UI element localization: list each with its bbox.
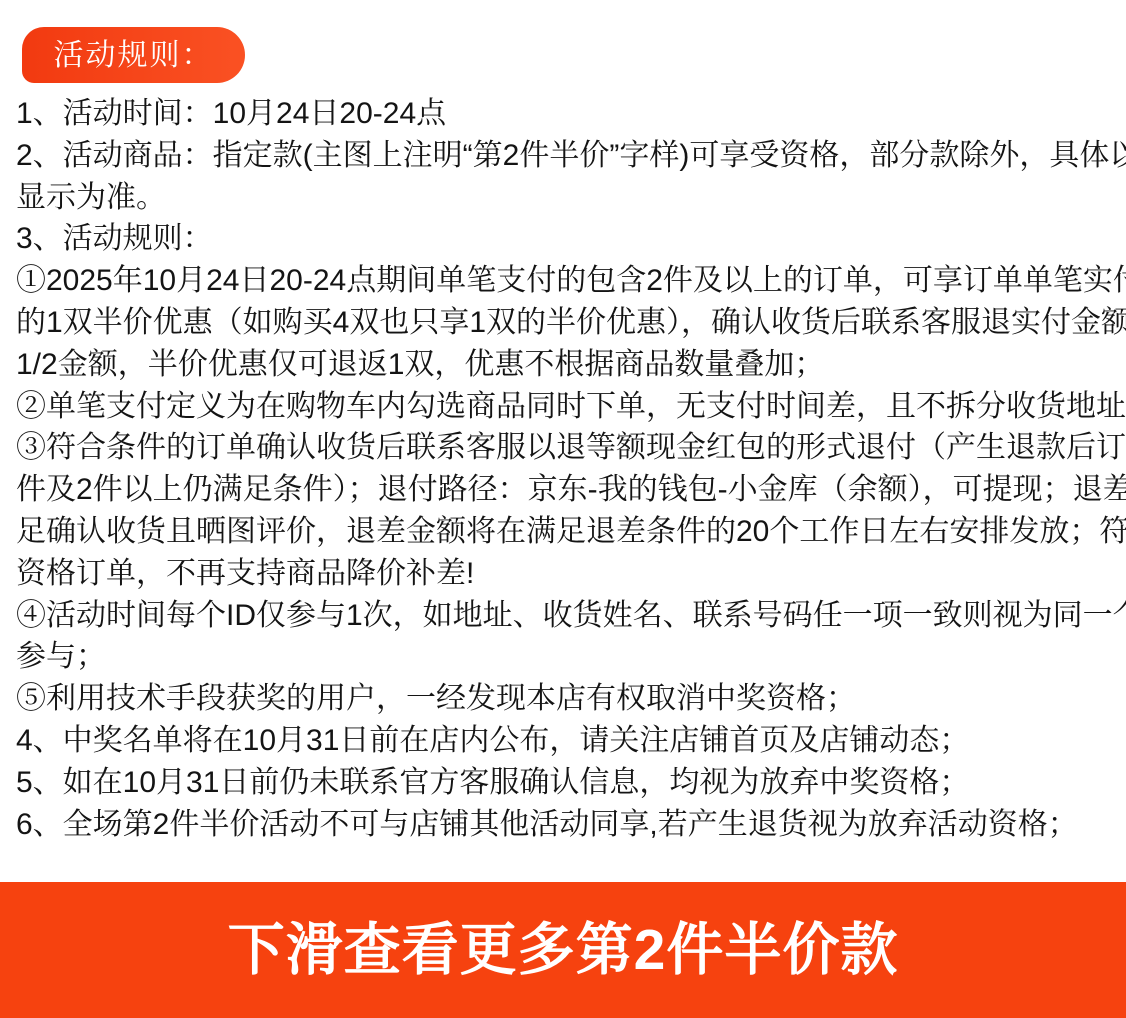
rules-badge: 活动规则：: [22, 27, 245, 83]
rule-line: 2、活动商品：指定款(主图上注明“第2件半价”字样)可享受资格，部分款除外，具体…: [16, 135, 1114, 177]
rule-line: ⑤利用技术手段获奖的用户，一经发现本店有权取消中奖资格；: [16, 678, 1114, 720]
rule-line: 显示为准。: [16, 177, 1114, 219]
rules-text-block: 1、活动时间：10月24日20-24点2、活动商品：指定款(主图上注明“第2件半…: [16, 93, 1114, 845]
rule-line: 的1双半价优惠（如购买4双也只享1双的半价优惠），确认收货后联系客服退实付金额最…: [16, 302, 1114, 344]
scroll-more-banner-label: 下滑查看更多第2件半价款: [228, 922, 899, 979]
rule-line: ②单笔支付定义为在购物车内勾选商品同时下单，无支付时间差，且不拆分收货地址；: [16, 386, 1114, 428]
rule-line: 参与；: [16, 636, 1114, 678]
rule-line: 资格订单，不再支持商品降价补差!: [16, 553, 1114, 595]
rule-line: 1、活动时间：10月24日20-24点: [16, 93, 1114, 135]
rule-line: ③符合条件的订单确认收货后联系客服以退等额现金红包的形式退付（产生退款后订单仍然…: [16, 427, 1114, 469]
rule-line: 足确认收货且晒图评价，退差金额将在满足退差条件的20个工作日左右安排发放；符合第…: [16, 511, 1114, 553]
rule-line: 件及2件以上仍满足条件）；退付路径：京东-我的钱包-小金库（余额），可提现；退差…: [16, 469, 1114, 511]
scroll-more-banner: 下滑查看更多第2件半价款: [0, 882, 1126, 1018]
promo-rules-page: 活动规则： 1、活动时间：10月24日20-24点2、活动商品：指定款(主图上注…: [0, 0, 1126, 1018]
rule-line: 4、中奖名单将在10月31日前在店内公布，请关注店铺首页及店铺动态；: [16, 720, 1114, 762]
rule-line: 1/2金额，半价优惠仅可退返1双，优惠不根据商品数量叠加；: [16, 344, 1114, 386]
rule-line: 5、如在10月31日前仍未联系官方客服确认信息，均视为放弃中奖资格；: [16, 762, 1114, 804]
rules-badge-label: 活动规则：: [54, 40, 214, 71]
rule-line: ①2025年10月24日20-24点期间单笔支付的包含2件及以上的订单，可享订单…: [16, 260, 1114, 302]
rule-line: 3、活动规则：: [16, 218, 1114, 260]
rule-line: ④活动时间每个ID仅参与1次，如地址、收货姓名、联系号码任一项一致则视为同一个I…: [16, 595, 1114, 637]
rule-line: 6、全场第2件半价活动不可与店铺其他活动同享,若产生退货视为放弃活动资格；: [16, 804, 1114, 846]
